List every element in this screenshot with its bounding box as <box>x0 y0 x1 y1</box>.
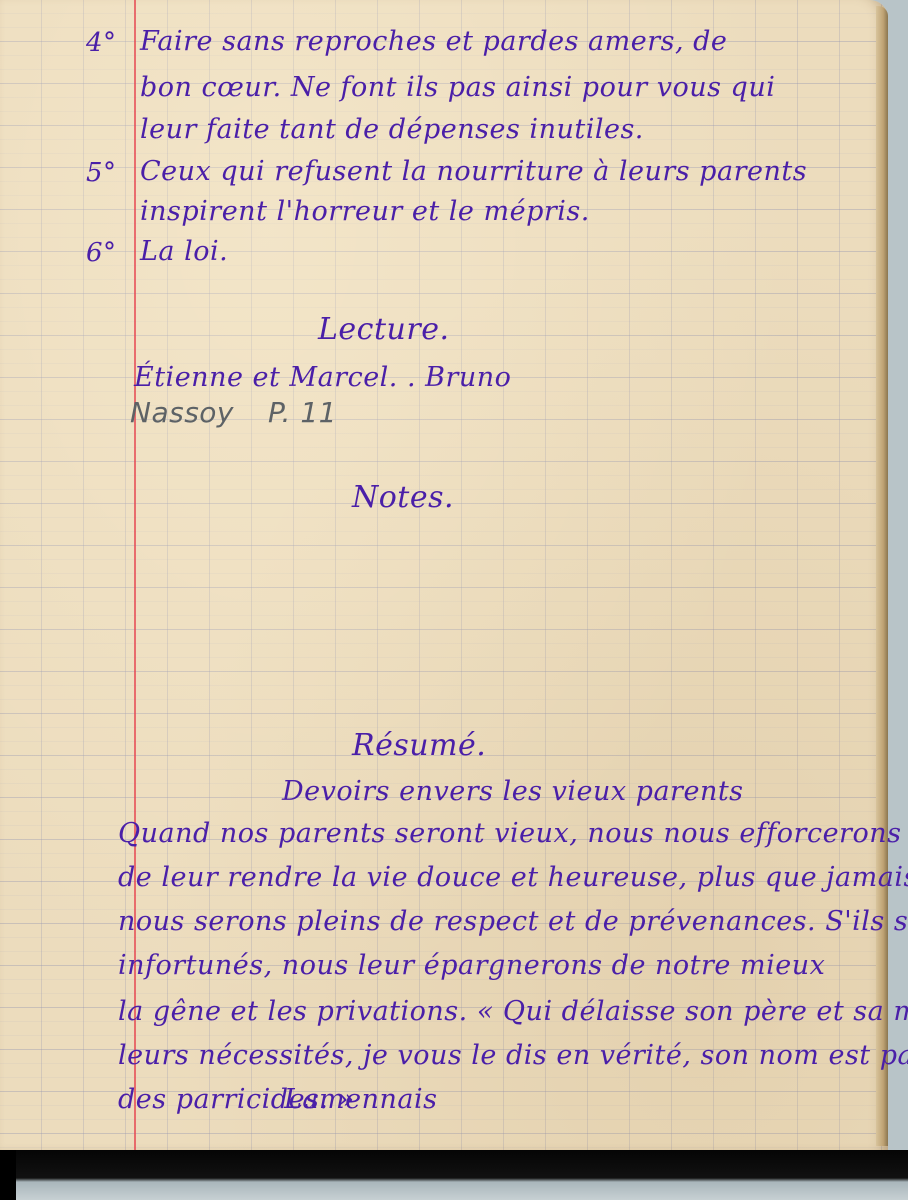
resume-line-2: de leur rendre la vie douce et heureuse,… <box>118 862 908 893</box>
item5-line-2: inspirent l'horreur et le mépris. <box>140 196 590 227</box>
item4-line-2: bon cœur. Ne font ils pas ainsi pour vou… <box>140 72 775 103</box>
resume-attribution: Lamennais <box>284 1084 437 1115</box>
page-shadow <box>0 1150 908 1200</box>
item4-line-3: leur faite tant de dépenses inutiles. <box>140 114 644 145</box>
resume-line-5: la gêne et les privations. « Qui délaiss… <box>118 996 908 1027</box>
resume-line-4: infortunés, nous leur épargnerons de not… <box>118 950 825 981</box>
page-shadow-corner <box>0 1150 16 1200</box>
item6-line-1: La loi. <box>140 236 228 267</box>
resume-line-3: nous serons pleins de respect et de prév… <box>118 906 908 937</box>
list-number-4: 4° <box>86 28 117 58</box>
resume-line-1: Quand nos parents seront vieux, nous nou… <box>118 818 901 849</box>
lecture-pencil-page: P. 11 <box>268 396 337 429</box>
red-margin-line <box>134 0 136 1156</box>
item5-line-1: Ceux qui refusent la nourriture à leurs … <box>140 156 807 187</box>
notes-heading: Notes. <box>352 480 454 515</box>
item4-line-1: Faire sans reproches et pardes amers, de <box>140 26 727 57</box>
lecture-line: Étienne et Marcel. . Bruno <box>134 362 511 393</box>
lecture-heading: Lecture. <box>318 312 450 347</box>
page-edge <box>876 6 888 1146</box>
list-number-5: 5° <box>86 158 117 188</box>
notebook-page: 4° Faire sans reproches et pardes amers,… <box>0 0 888 1156</box>
lecture-pencil-note: Nassoy <box>130 396 234 429</box>
list-number-6: 6° <box>86 238 117 268</box>
resume-subtitle: Devoirs envers les vieux parents <box>282 776 744 807</box>
resume-heading: Résumé. <box>352 728 486 763</box>
resume-line-6: leurs nécessités, je vous le dis en véri… <box>118 1040 908 1071</box>
